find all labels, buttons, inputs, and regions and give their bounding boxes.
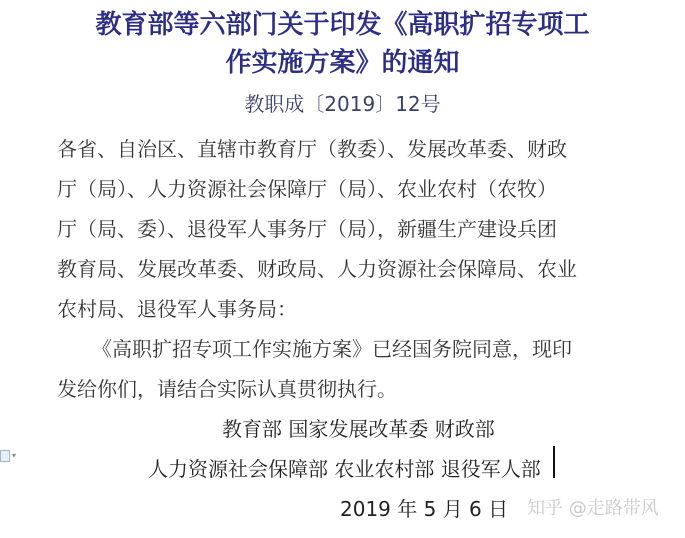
addressee-line: 农村局、退役军人事务局： [57,293,297,322]
watermark: 知乎 @走路带风 [527,494,659,520]
document-title-line1: 教育部等六部门关于印发《高职扩招专项工 [0,4,685,41]
document-date: 2019 年 5 月 6 日 [340,493,508,522]
body-line: 发给你们，请结合实际认真贯彻执行。 [57,373,397,402]
signatories-line2: 人力资源社会保障部 农业农村部 退役军人部 [148,453,541,482]
signatories-line1: 教育部 国家发展改革委 财政部 [222,413,495,442]
addressee-line: 厅（局）、人力资源社会保障厅（局）、农业农村（农牧） [57,173,557,202]
body-line: 《高职扩招专项工作实施方案》已经国务院同意，现印 [92,333,572,362]
dropdown-arrow-icon[interactable]: ▾ [12,451,16,460]
document-number: 教职成〔2019〕12号 [0,88,685,117]
text-cursor [553,446,555,478]
addressee-line: 教育局、发展改革委、财政局、人力资源社会保障局、农业 [57,253,577,282]
document-title-line2: 作实施方案》的通知 [0,42,685,79]
paste-options-icon[interactable] [0,450,10,462]
addressee-line: 各省、自治区、直辖市教育厅（教委）、发展改革委、财政 [57,133,567,162]
addressee-line: 厅（局、委）、退役军人事务厅（局），新疆生产建设兵团 [57,213,557,242]
